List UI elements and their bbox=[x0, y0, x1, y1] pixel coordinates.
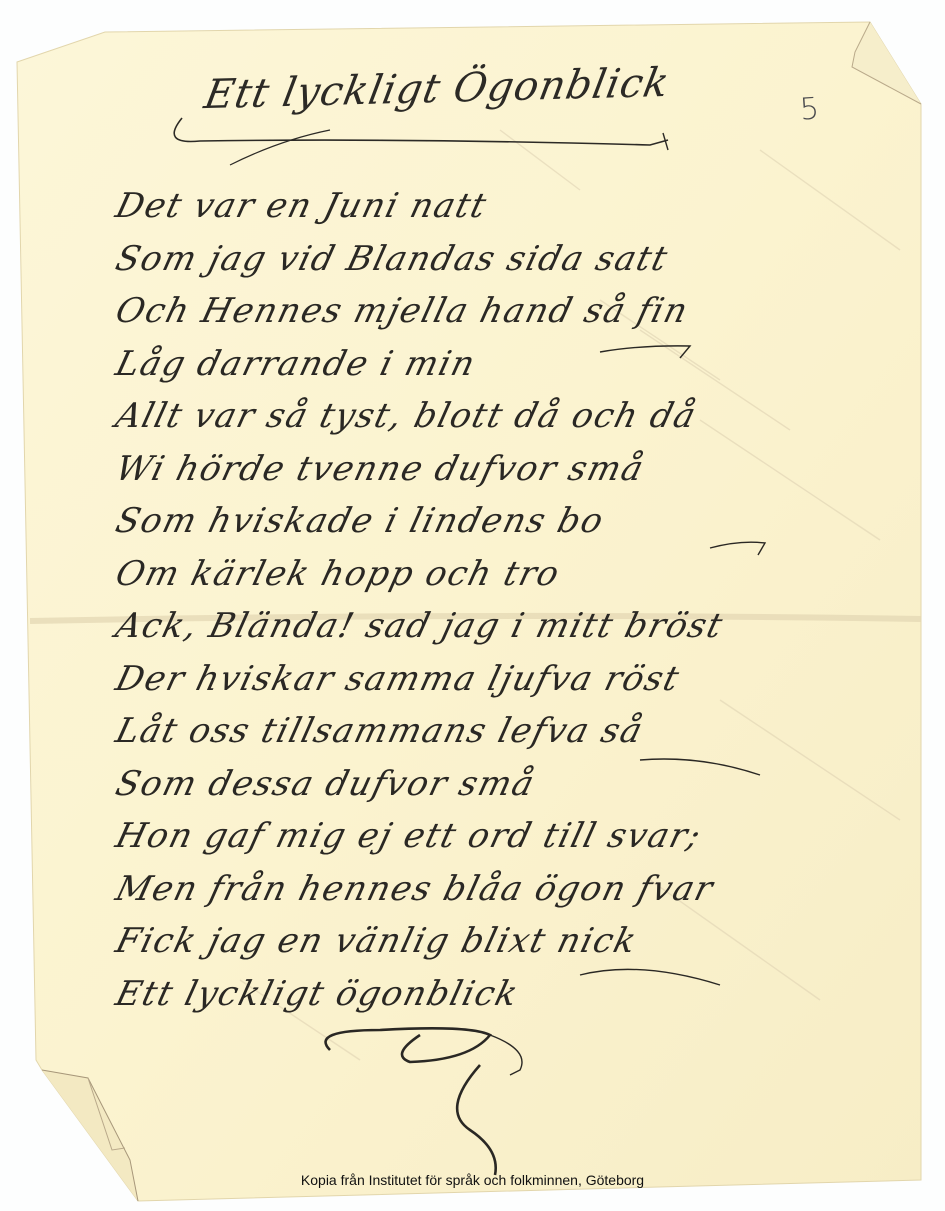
poem-line: Hon gaf mig ej ett ord till svar; bbox=[110, 810, 883, 863]
poem-line: Och Hennes mjella hand så fin bbox=[110, 285, 883, 338]
poem-line: Som dessa dufvor små bbox=[110, 758, 883, 811]
poem-line: Fick jag en vänlig blixt nick bbox=[110, 915, 883, 968]
poem-line: Som hviskade i lindens bo bbox=[110, 495, 883, 548]
poem-line: Men från hennes blåa ögon fvar bbox=[110, 863, 883, 916]
manuscript-scan: 5 Ett lyckligt Ögonblick Det var en Juni… bbox=[0, 0, 945, 1211]
stanza: Det var en Juni natt Som jag vid Blandas… bbox=[110, 180, 870, 390]
poem-body: Det var en Juni natt Som jag vid Blandas… bbox=[110, 180, 870, 1020]
page-number: 5 bbox=[799, 91, 820, 127]
poem-line: Ack, Blända! sad jag i mitt bröst bbox=[110, 600, 883, 653]
poem-line: Ett lyckligt ögonblick bbox=[110, 968, 883, 1021]
poem-line: Låt oss tillsammans lefva så bbox=[110, 705, 883, 758]
poem-line: Der hviskar samma ljufva röst bbox=[110, 653, 883, 706]
poem-line: Som jag vid Blandas sida satt bbox=[110, 233, 883, 286]
poem-line: Allt var så tyst, blott då och då bbox=[110, 390, 883, 443]
poem-line: Låg darrande i min bbox=[110, 338, 883, 391]
stanza: Ack, Blända! sad jag i mitt bröst Der hv… bbox=[110, 600, 870, 810]
poem-line: Om kärlek hopp och tro bbox=[110, 548, 883, 601]
stanza: Allt var så tyst, blott då och då Wi hör… bbox=[110, 390, 870, 600]
poem-line: Det var en Juni natt bbox=[110, 180, 883, 233]
archive-caption: Kopia från Institutet för språk och folk… bbox=[0, 1172, 945, 1188]
poem-line: Wi hörde tvenne dufvor små bbox=[110, 443, 883, 496]
stanza: Hon gaf mig ej ett ord till svar; Men fr… bbox=[110, 810, 870, 1020]
